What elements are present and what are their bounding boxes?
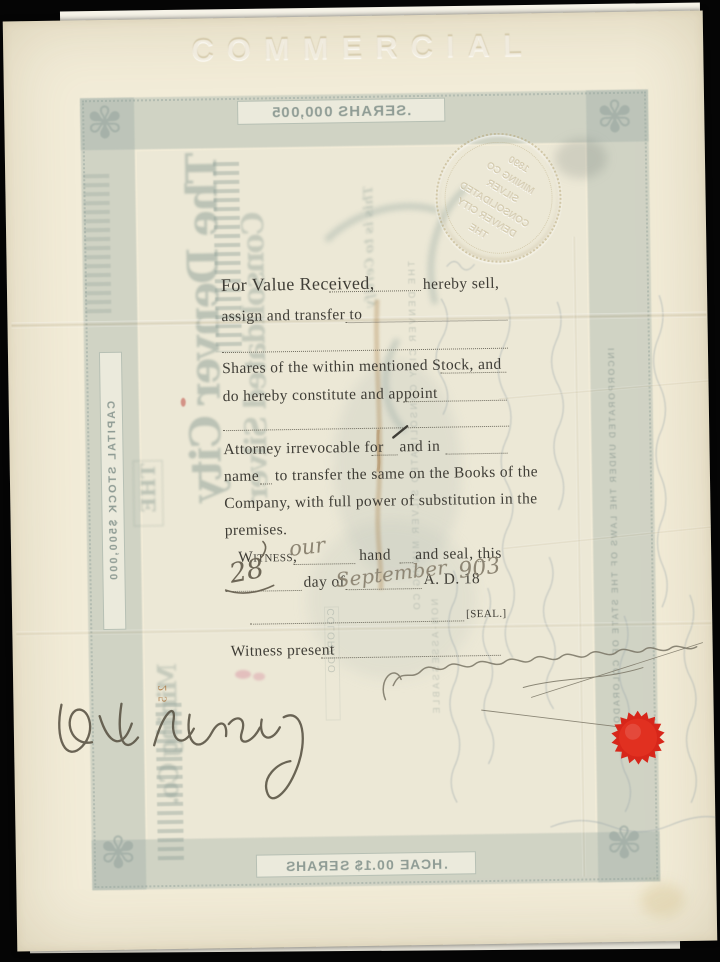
holder-signature [3, 11, 718, 952]
photo-background: ✾ ✾ ✾ ✾ 500,000 SHARES. SHARES $1.00 EAC… [0, 0, 720, 962]
red-wafer-seal [611, 710, 666, 765]
certificate-paper: ✾ ✾ ✾ ✾ 500,000 SHARES. SHARES $1.00 EAC… [3, 11, 718, 952]
